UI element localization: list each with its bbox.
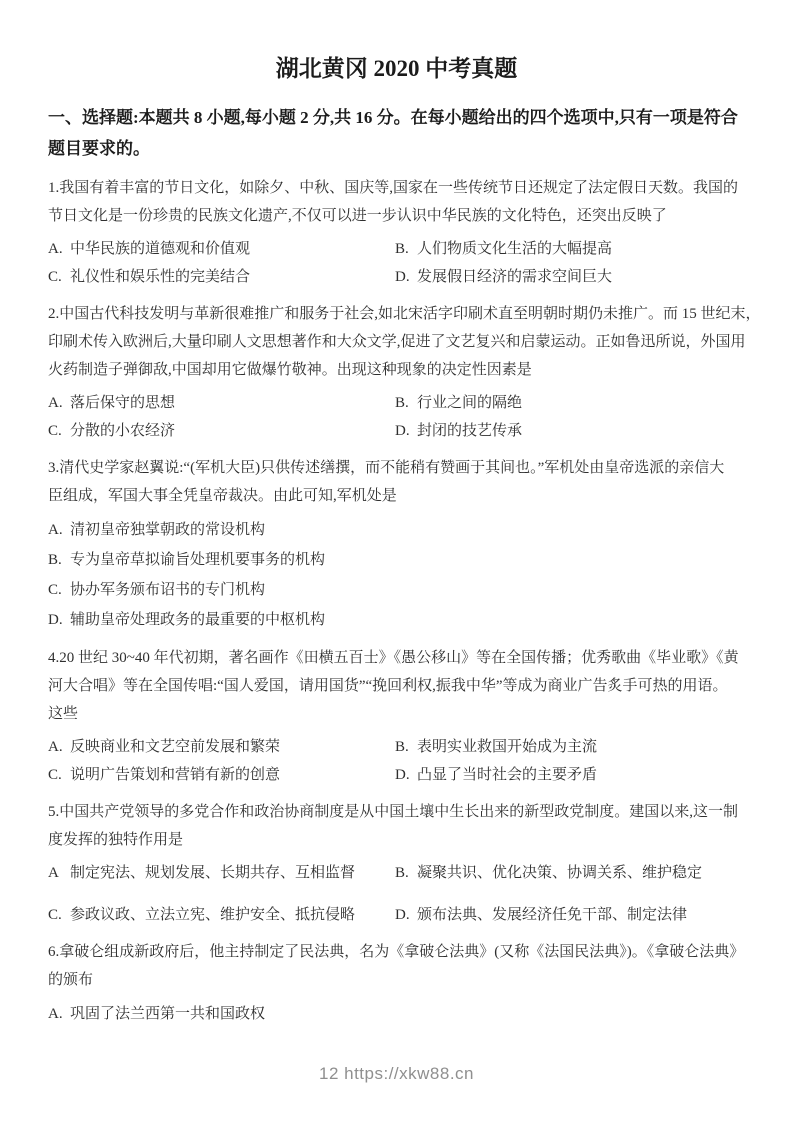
- option-c: C. 协办军务颁布诏书的专门机构: [48, 575, 745, 605]
- question-2: 2.中国古代科技发明与革新很难推广和服务于社会,如北宋活字印刷术直至明朝时期仍未…: [48, 300, 745, 445]
- option-a: A. 巩固了法兰西第一共和国政权: [48, 999, 745, 1029]
- question-stem-line: 1.我国有着丰富的节日文化，如除夕、中秋、国庆等,国家在一些传统节日还规定了法定…: [48, 174, 745, 202]
- option-d: D. 辅助皇帝处理政务的最重要的中枢机构: [48, 605, 745, 635]
- page-content: 湖北黄冈 2020 中考真题 一、选择题:本题共 8 小题,每小题 2 分,共 …: [0, 0, 793, 1029]
- option-text: 反映商业和文艺空前发展和繁荣: [70, 733, 280, 761]
- option-label: D.: [395, 761, 417, 789]
- page-footer: 12 https://xkw88.cn: [0, 1064, 793, 1084]
- question-1: 1.我国有着丰富的节日文化，如除夕、中秋、国庆等,国家在一些传统节日还规定了法定…: [48, 174, 745, 291]
- option-text: 分散的小农经济: [70, 417, 175, 445]
- option-a: A. 反映商业和文艺空前发展和繁荣: [48, 733, 395, 761]
- option-text: 说明广告策划和营销有新的创意: [70, 761, 280, 789]
- question-stem-line: 度发挥的独特作用是: [48, 826, 745, 854]
- option-text: 礼仪性和娱乐性的完美结合: [70, 263, 250, 291]
- option-d: D. 发展假日经济的需求空间巨大: [395, 263, 745, 291]
- section-heading-line: 一、选择题:本题共 8 小题,每小题 2 分,共 16 分。在每小题给出的四个选…: [48, 102, 745, 133]
- option-label: C.: [48, 575, 70, 605]
- option-c: C. 参政议政、立法立宪、维护安全、抵抗侵略: [48, 901, 395, 929]
- option-c: C. 说明广告策划和营销有新的创意: [48, 761, 395, 789]
- option-text: 协办军务颁布诏书的专门机构: [70, 575, 265, 605]
- option-text: 封闭的技艺传承: [417, 417, 522, 445]
- option-text: 中华民族的道德观和价值观: [70, 235, 250, 263]
- option-text: 专为皇帝草拟谕旨处理机要事务的机构: [70, 545, 325, 575]
- question-stem-line: 节日文化是一份珍贵的民族文化遗产,不仅可以进一步认识中华民族的文化特色，还突出反…: [48, 202, 745, 230]
- option-label: A.: [48, 235, 70, 263]
- page-title: 湖北黄冈 2020 中考真题: [48, 52, 745, 86]
- section-heading: 一、选择题:本题共 8 小题,每小题 2 分,共 16 分。在每小题给出的四个选…: [48, 102, 745, 164]
- option-text: 凝聚共识、优化决策、协调关系、维护稳定: [417, 859, 702, 887]
- option-d: D. 凸显了当时社会的主要矛盾: [395, 761, 745, 789]
- option-a: A. 清初皇帝独掌朝政的常设机构: [48, 515, 745, 545]
- option-b: B. 行业之间的隔绝: [395, 389, 745, 417]
- option-c: C. 分散的小农经济: [48, 417, 395, 445]
- question-6: 6.拿破仑组成新政府后，他主持制定了民法典，名为《拿破仑法典》(又称《法国民法典…: [48, 938, 745, 1029]
- option-text: 颁布法典、发展经济任免干部、制定法律: [417, 901, 687, 929]
- question-4: 4.20 世纪 30~40 年代初期，著名画作《田横五百士》《愚公移山》等在全国…: [48, 644, 745, 789]
- question-4-options: A. 反映商业和文艺空前发展和繁荣 B. 表明实业救国开始成为主流 C. 说明广…: [48, 733, 745, 789]
- option-label: A: [48, 859, 70, 887]
- option-b: B. 凝聚共识、优化决策、协调关系、维护稳定: [395, 859, 745, 887]
- question-stem-line: 3.清代史学家赵翼说:“(军机大臣)只供传述缮撰，而不能稍有赞画于其间也。”军机…: [48, 454, 745, 482]
- option-label: D.: [48, 605, 70, 635]
- option-text: 落后保守的思想: [70, 389, 175, 417]
- question-3-options: A. 清初皇帝独掌朝政的常设机构 B. 专为皇帝草拟谕旨处理机要事务的机构 C.…: [48, 515, 745, 635]
- question-2-options: A. 落后保守的思想 B. 行业之间的隔绝 C. 分散的小农经济 D. 封闭的技…: [48, 389, 745, 445]
- option-label: B.: [395, 859, 417, 887]
- option-text: 人们物质文化生活的大幅提高: [417, 235, 612, 263]
- question-5: 5.中国共产党领导的多党合作和政治协商制度是从中国土壤中生长出来的新型政党制度。…: [48, 798, 745, 929]
- option-a: A. 中华民族的道德观和价值观: [48, 235, 395, 263]
- question-6-options: A. 巩固了法兰西第一共和国政权: [48, 999, 745, 1029]
- option-label: B.: [395, 235, 417, 263]
- option-text: 制定宪法、规划发展、长期共存、互相监督: [70, 859, 355, 887]
- question-stem-line: 5.中国共产党领导的多党合作和政治协商制度是从中国土壤中生长出来的新型政党制度。…: [48, 798, 745, 826]
- question-stem-line: 火药制造子弹御敌,中国却用它做爆竹敬神。出现这种现象的决定性因素是: [48, 356, 745, 384]
- question-5-options: A 制定宪法、规划发展、长期共存、互相监督 B. 凝聚共识、优化决策、协调关系、…: [48, 859, 745, 929]
- question-stem-line: 臣组成，军国大事全凭皇帝裁决。由此可知,军机处是: [48, 482, 745, 510]
- option-label: C.: [48, 263, 70, 291]
- question-stem-line: 这些: [48, 700, 745, 728]
- option-label: D.: [395, 263, 417, 291]
- exam-paper-page: 湖北黄冈 2020 中考真题 一、选择题:本题共 8 小题,每小题 2 分,共 …: [0, 0, 793, 1122]
- option-text: 辅助皇帝处理政务的最重要的中枢机构: [70, 605, 325, 635]
- option-label: D.: [395, 417, 417, 445]
- option-d: D. 封闭的技艺传承: [395, 417, 745, 445]
- option-label: A.: [48, 389, 70, 417]
- option-label: D.: [395, 901, 417, 929]
- question-stem-line: 河大合唱》等在全国传唱:“国人爱国，请用国货”“挽回利权,振我中华”等成为商业广…: [48, 672, 745, 700]
- option-b: B. 人们物质文化生活的大幅提高: [395, 235, 745, 263]
- option-label: C.: [48, 417, 70, 445]
- option-label: C.: [48, 901, 70, 929]
- option-label: A.: [48, 515, 70, 545]
- question-stem-line: 6.拿破仑组成新政府后，他主持制定了民法典，名为《拿破仑法典》(又称《法国民法典…: [48, 938, 745, 966]
- option-label: B.: [48, 545, 70, 575]
- option-text: 清初皇帝独掌朝政的常设机构: [70, 515, 265, 545]
- option-d: D. 颁布法典、发展经济任免干部、制定法律: [395, 901, 745, 929]
- option-a: A 制定宪法、规划发展、长期共存、互相监督: [48, 859, 395, 887]
- option-text: 巩固了法兰西第一共和国政权: [70, 999, 265, 1029]
- option-label: B.: [395, 389, 417, 417]
- question-stem-line: 的颁布: [48, 966, 745, 994]
- section-heading-line: 题目要求的。: [48, 133, 745, 164]
- option-c: C. 礼仪性和娱乐性的完美结合: [48, 263, 395, 291]
- option-text: 参政议政、立法立宪、维护安全、抵抗侵略: [70, 901, 355, 929]
- option-text: 表明实业救国开始成为主流: [417, 733, 597, 761]
- option-b: B. 专为皇帝草拟谕旨处理机要事务的机构: [48, 545, 745, 575]
- option-b: B. 表明实业救国开始成为主流: [395, 733, 745, 761]
- question-stem-line: 印刷术传入欧洲后,大量印刷人文思想著作和大众文学,促进了文艺复兴和启蒙运动。正如…: [48, 328, 745, 356]
- option-text: 行业之间的隔绝: [417, 389, 522, 417]
- option-label: A.: [48, 999, 70, 1029]
- option-label: B.: [395, 733, 417, 761]
- question-3: 3.清代史学家赵翼说:“(军机大臣)只供传述缮撰，而不能稍有赞画于其间也。”军机…: [48, 454, 745, 635]
- question-1-options: A. 中华民族的道德观和价值观 B. 人们物质文化生活的大幅提高 C. 礼仪性和…: [48, 235, 745, 291]
- question-stem-line: 4.20 世纪 30~40 年代初期，著名画作《田横五百士》《愚公移山》等在全国…: [48, 644, 745, 672]
- option-a: A. 落后保守的思想: [48, 389, 395, 417]
- option-label: A.: [48, 733, 70, 761]
- option-text: 发展假日经济的需求空间巨大: [417, 263, 612, 291]
- question-stem-line: 2.中国古代科技发明与革新很难推广和服务于社会,如北宋活字印刷术直至明朝时期仍未…: [48, 300, 745, 328]
- option-label: C.: [48, 761, 70, 789]
- option-text: 凸显了当时社会的主要矛盾: [417, 761, 597, 789]
